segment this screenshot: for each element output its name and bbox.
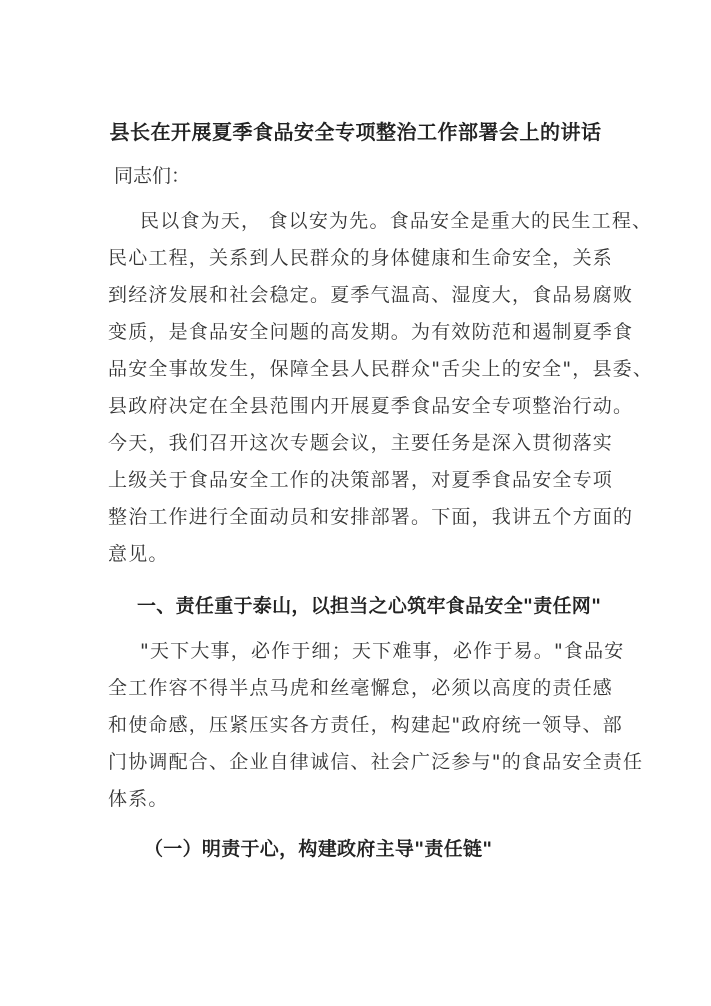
paragraph-line: 意见。 bbox=[108, 536, 608, 573]
paragraph-line: 民心工程，关系到人民群众的身体健康和生命安全，关系 bbox=[108, 240, 608, 277]
paragraph-line: 全工作容不得半点马虎和丝毫懈怠，必须以高度的责任感 bbox=[108, 670, 608, 707]
paragraph-line: 门协调配合、企业自律诚信、社会广泛参与"的食品安全责任 bbox=[108, 744, 608, 781]
paragraph-line: 上级关于食品安全工作的决策部署，对夏季食品安全专项 bbox=[108, 462, 608, 499]
paragraph-line: 今天，我们召开这次专题会议，主要任务是深入贯彻落实 bbox=[108, 425, 608, 462]
paragraph-intro: 民以食为天， 食以安为先。食品安全是重大的民生工程、 民心工程，关系到人民群众的… bbox=[108, 203, 608, 573]
paragraph-line: 品安全事故发生，保障全县人民群众"舌尖上的安全"，县委、 bbox=[108, 351, 608, 388]
document-page: 县长在开展夏季食品安全专项整治工作部署会上的讲话 同志们： 民以食为天， 食以安… bbox=[0, 0, 711, 1006]
paragraph-section-1: "天下大事，必作于细；天下难事，必作于易。"食品安 全工作容不得半点马虎和丝毫懈… bbox=[108, 633, 608, 818]
paragraph-line: 整治工作进行全面动员和安排部署。下面，我讲五个方面的 bbox=[108, 499, 608, 536]
subsection-heading-1: （一）明责于心，构建政府主导"责任链" bbox=[144, 834, 493, 861]
paragraph-line: 变质，是食品安全问题的高发期。为有效防范和遏制夏季食 bbox=[108, 314, 608, 351]
section-heading-1: 一、责任重于泰山，以担当之心筑牢食品安全"责任网" bbox=[137, 591, 601, 618]
paragraph-line: 民以食为天， 食以安为先。食品安全是重大的民生工程、 bbox=[108, 203, 608, 240]
paragraph-line: 体系。 bbox=[108, 781, 608, 818]
document-title: 县长在开展夏季食品安全专项整治工作部署会上的讲话 bbox=[0, 116, 711, 145]
paragraph-line: "天下大事，必作于细；天下难事，必作于易。"食品安 bbox=[108, 633, 608, 670]
paragraph-line: 和使命感，压紧压实各方责任，构建起"政府统一领导、部 bbox=[108, 707, 608, 744]
salutation: 同志们： bbox=[114, 161, 190, 188]
paragraph-line: 到经济发展和社会稳定。夏季气温高、湿度大，食品易腐败 bbox=[108, 277, 608, 314]
paragraph-line: 县政府决定在全县范围内开展夏季食品安全专项整治行动。 bbox=[108, 388, 608, 425]
